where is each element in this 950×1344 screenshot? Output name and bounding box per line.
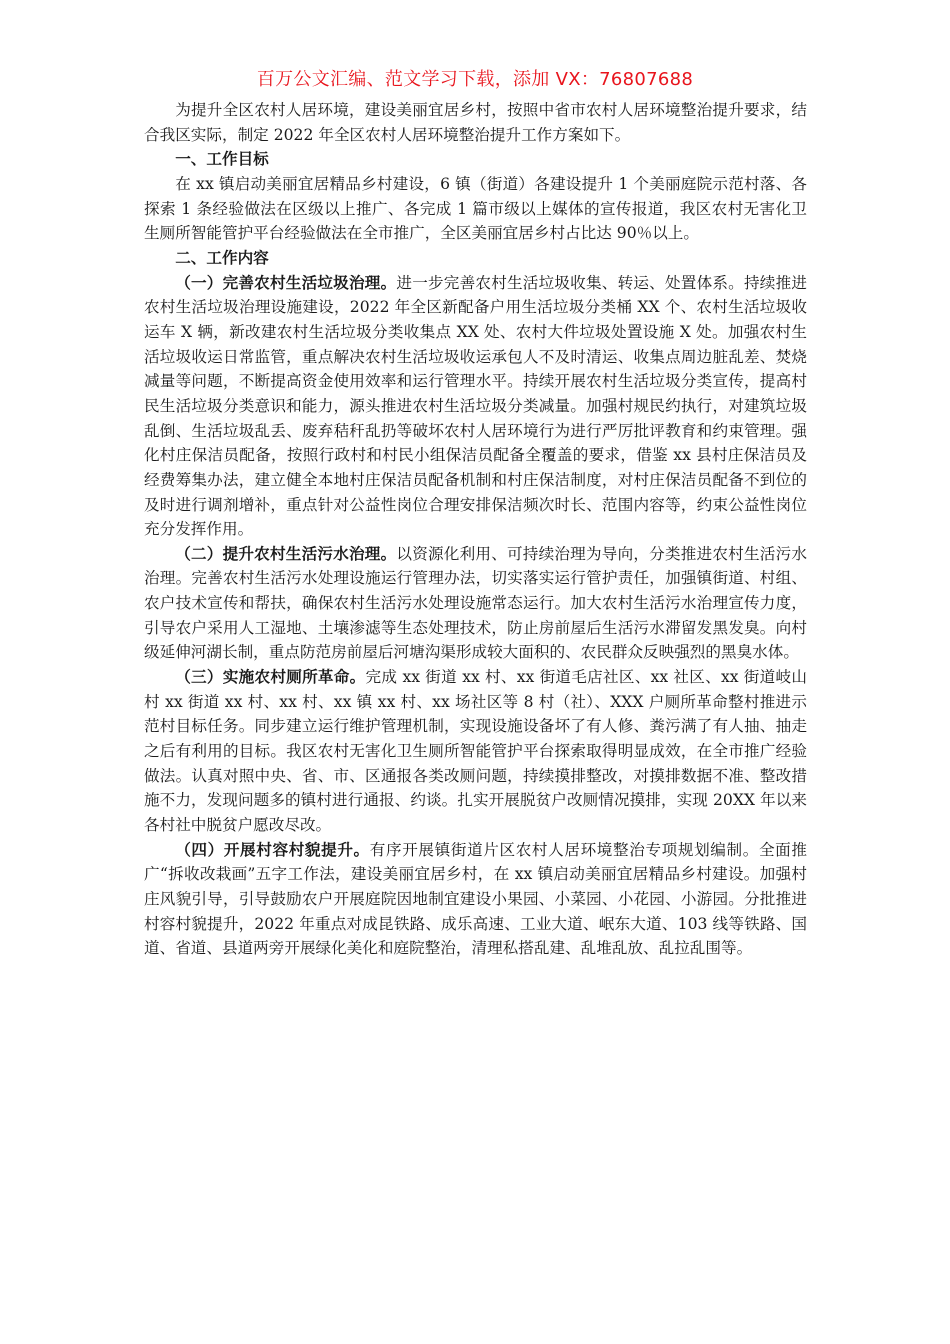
content-item-garbage: （一）完善农村生活垃圾治理。进一步完善农村生活垃圾收集、转运、处置体系。持续推进… xyxy=(144,271,807,542)
item-lead: （四）开展村容村貌提升。 xyxy=(175,841,370,859)
goals-paragraph: 在 xx 镇启动美丽宜居精品乡村建设，6 镇（街道）各建设提升 1 个美丽庭院示… xyxy=(144,172,807,246)
item-lead: （三）实施农村厕所革命。 xyxy=(175,668,365,686)
content-item-toilet: （三）实施农村厕所革命。完成 xx 街道 xx 村、xx 街道毛店社区、xx 社… xyxy=(144,665,807,838)
document-body: 为提升全区农村人居环境，建设美丽宜居乡村，按照中省市农村人居环境整治提升要求，结… xyxy=(144,98,807,961)
content-item-sewage: （二）提升农村生活污水治理。以资源化利用、可持续治理为导向，分类推进农村生活污水… xyxy=(144,542,807,665)
intro-paragraph: 为提升全区农村人居环境，建设美丽宜居乡村，按照中省市农村人居环境整治提升要求，结… xyxy=(144,98,807,147)
item-lead: （一）完善农村生活垃圾治理。 xyxy=(175,274,396,292)
item-body: 进一步完善农村生活垃圾收集、转运、处置体系。持续推进农村生活垃圾治理设施建设，2… xyxy=(144,274,807,539)
item-lead: （二）提升农村生活污水治理。 xyxy=(175,545,396,563)
section-heading-content: 二、工作内容 xyxy=(144,246,807,271)
section-heading-goals: 一、工作目标 xyxy=(144,147,807,172)
item-body: 完成 xx 街道 xx 村、xx 街道毛店社区、xx 社区、xx 街道岐山村 x… xyxy=(144,668,807,834)
content-item-village-appearance: （四）开展村容村貌提升。有序开展镇街道片区农村人居环境整治专项规划编制。全面推广… xyxy=(144,838,807,961)
download-banner: 百万公文汇编、范文学习下载，添加 VX：76807688 xyxy=(0,66,950,94)
